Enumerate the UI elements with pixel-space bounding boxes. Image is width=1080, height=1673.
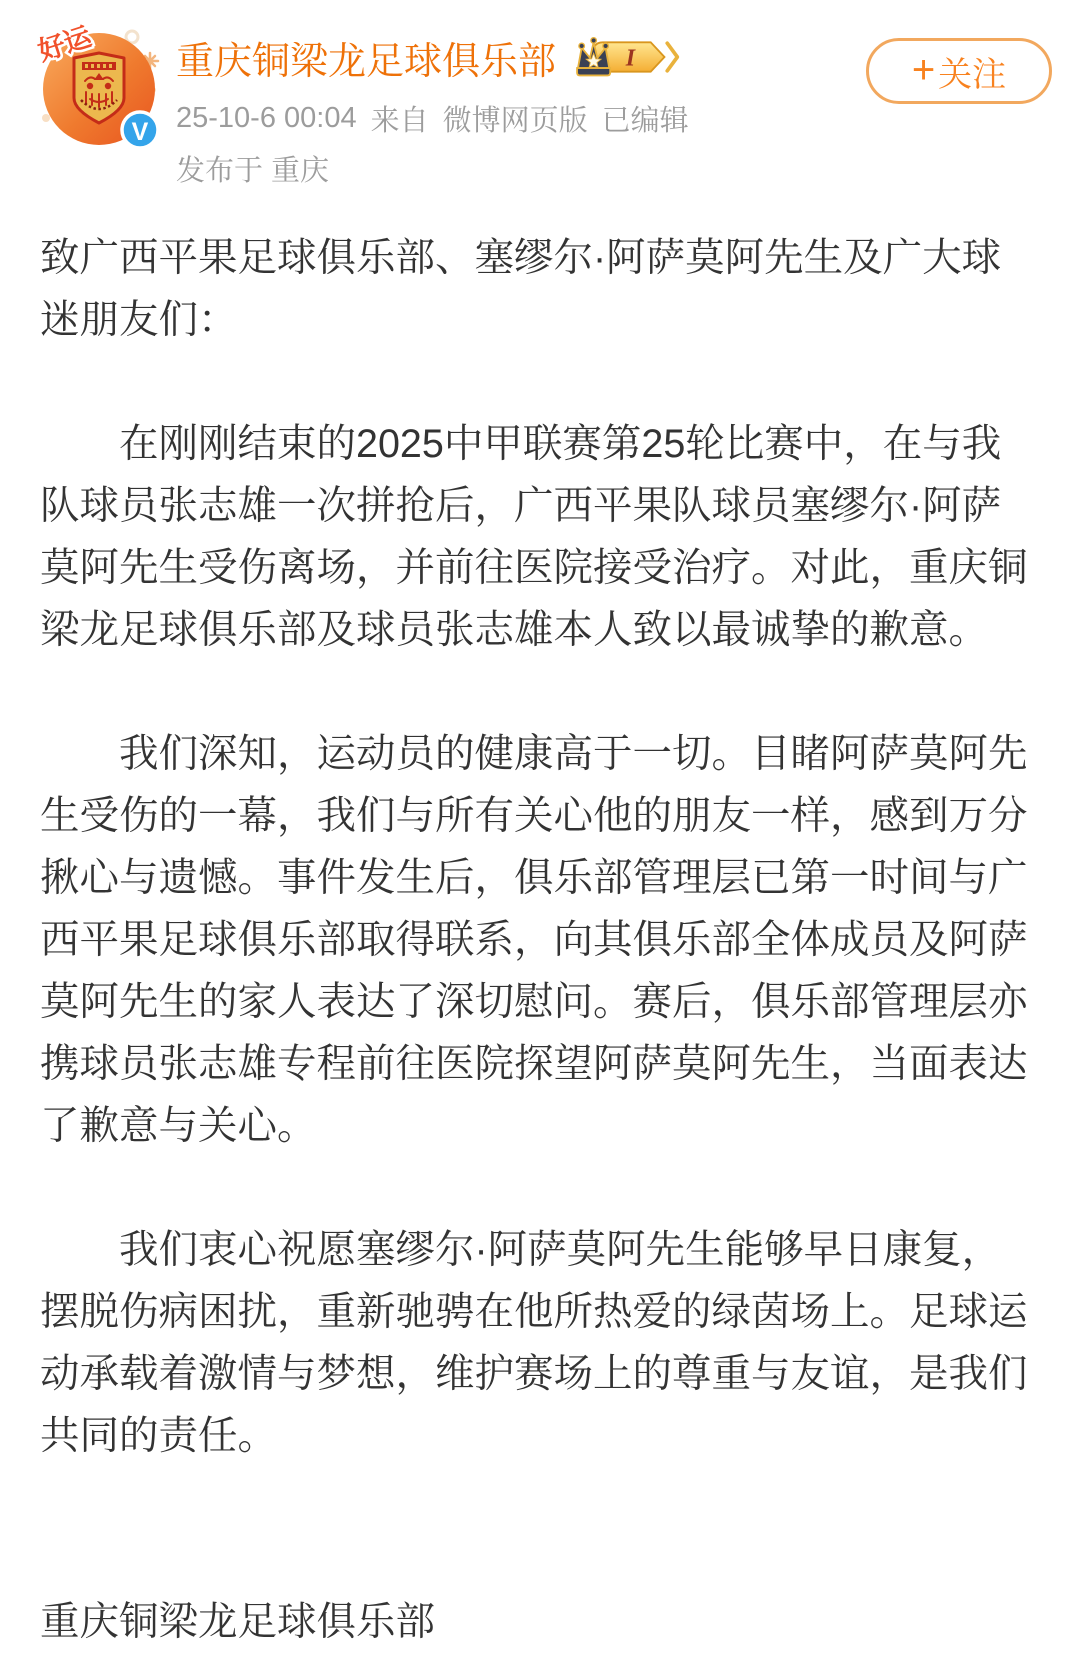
svg-text:V: V [132,118,149,146]
username[interactable]: 重庆铜梁龙足球俱乐部 [176,30,556,85]
member-level-text: I [625,45,636,71]
follow-button[interactable]: + 关注 [866,38,1052,104]
club-avatar-image: 好运 V [40,28,158,146]
post-paragraph-1: 在刚刚结束的2025中甲联赛第25轮比赛中，在与我队球员张志雄一次拼抢后，广西平… [40,413,1040,661]
post-location: 发布于 重庆 [176,148,329,189]
plus-icon: + [912,50,935,90]
source-from-label: 来自 [371,98,429,139]
post-paragraph-3: 我们衷心祝愿塞缪尔·阿萨莫阿先生能够早日康复，摆脱伤病困扰，重新驰骋在他所热爱的… [40,1219,1040,1467]
user-block: 重庆铜梁龙足球俱乐部 I [176,28,689,189]
name-row: 重庆铜梁龙足球俱乐部 I [176,30,689,84]
post-meta: 25-10-6 00:04 来自 微博网页版 已编辑 [176,98,689,139]
crown-icon [577,38,610,76]
weibo-post: 好运 V 重庆铜梁龙足球俱乐部 I [0,0,1080,1673]
post-paragraph-2: 我们深知，运动员的健康高于一切。目睹阿萨莫阿先生受伤的一幕，我们与所有关心他的朋… [40,723,1040,1157]
verified-badge-icon: V [122,112,158,148]
post-time: 25-10-6 00:04 [176,102,357,135]
post-signature: 重庆铜梁龙足球俱乐部 [40,1591,1040,1653]
post-paragraph-greeting: 致广西平果足球俱乐部、塞缪尔·阿萨莫阿先生及广大球迷朋友们： [40,227,1040,351]
post-location-row: 发布于 重庆 [176,148,689,189]
member-crown-badge-icon[interactable]: I [568,34,680,80]
post-content: 致广西平果足球俱乐部、塞缪尔·阿萨莫阿先生及广大球迷朋友们： 在刚刚结束的202… [0,227,1080,1653]
post-header: 好运 V 重庆铜梁龙足球俱乐部 I [0,28,1080,189]
club-crest [74,53,124,123]
avatar[interactable]: 好运 V [40,28,158,146]
post-source-link[interactable]: 微博网页版 [443,98,588,139]
follow-label: 关注 [938,47,1006,96]
edited-label: 已编辑 [602,98,689,139]
